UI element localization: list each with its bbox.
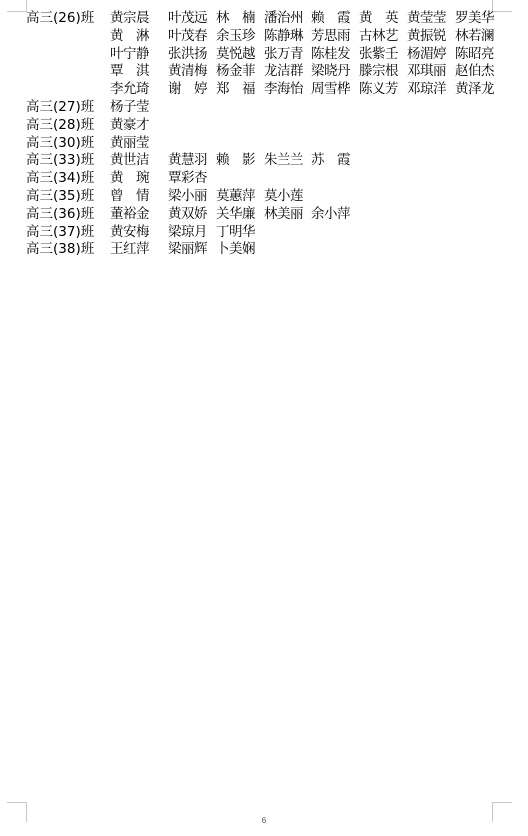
student-name: 董裕金 xyxy=(110,206,149,224)
student-name: 莫悦越 xyxy=(216,46,255,64)
student-name: 张洪扬 xyxy=(168,46,207,64)
student-name: 张紫壬 xyxy=(359,46,398,64)
student-name: 周雪桦 xyxy=(311,81,350,99)
student-name: 赵伯杰 xyxy=(455,63,494,81)
list-row: 覃 淇黄清梅杨金菲龙洁群梁晓丹滕宗根邓琪丽赵伯杰 xyxy=(0,63,528,81)
student-name: 潘治州 xyxy=(264,10,303,28)
student-name: 黄丽莹 xyxy=(110,135,149,153)
class-label: 高三(33)班 xyxy=(26,152,94,170)
class-label: 高三(26)班 xyxy=(26,10,94,28)
student-name: 黄振锐 xyxy=(407,28,446,46)
student-name: 黄泽龙 xyxy=(455,81,494,99)
class-label: 高三(30)班 xyxy=(26,135,94,153)
student-name: 王红萍 xyxy=(110,241,149,259)
list-row: 高三(37)班黄安梅梁琼月丁明华 xyxy=(0,224,528,242)
student-name: 邓琪丽 xyxy=(407,63,446,81)
student-name: 梁丽辉 xyxy=(168,241,207,259)
list-row: 高三(38)班王红萍梁丽辉卜美娴 xyxy=(0,241,528,259)
student-name: 余小萍 xyxy=(311,206,350,224)
list-row: 高三(30)班黄丽莹 xyxy=(0,135,528,153)
student-name: 卜美娴 xyxy=(216,241,255,259)
student-name: 余玉珍 xyxy=(216,28,255,46)
student-name: 林美丽 xyxy=(264,206,303,224)
student-name: 丁明华 xyxy=(216,224,255,242)
student-name: 关华廉 xyxy=(216,206,255,224)
student-name: 梁琼月 xyxy=(168,224,207,242)
student-name: 林若澜 xyxy=(455,28,494,46)
student-name: 莫小莲 xyxy=(264,188,303,206)
student-name: 龙洁群 xyxy=(264,63,303,81)
list-row: 高三(26)班黄宗晨叶茂远林 楠潘治州赖 霞黄 英黄莹莹罗美华 xyxy=(0,10,528,28)
student-name: 郑 福 xyxy=(216,81,255,99)
student-name: 黄豪才 xyxy=(110,117,149,135)
page-number: 6 xyxy=(0,816,528,825)
student-name: 黄双娇 xyxy=(168,206,207,224)
student-name: 张万青 xyxy=(264,46,303,64)
student-name: 赖 霞 xyxy=(311,10,350,28)
class-label: 高三(27)班 xyxy=(26,99,94,117)
student-name: 黄慧羽 xyxy=(168,152,207,170)
student-name: 朱兰兰 xyxy=(264,152,303,170)
student-name: 黄清梅 xyxy=(168,63,207,81)
student-name: 杨子莹 xyxy=(110,99,149,117)
class-label: 高三(38)班 xyxy=(26,241,94,259)
student-name: 陈昭亮 xyxy=(455,46,494,64)
list-row: 高三(33)班黄世洁黄慧羽赖 影朱兰兰苏 霞 xyxy=(0,152,528,170)
student-name: 梁晓丹 xyxy=(311,63,350,81)
class-label: 高三(34)班 xyxy=(26,170,94,188)
student-name: 黄世洁 xyxy=(110,152,149,170)
student-name: 叶茂春 xyxy=(168,28,207,46)
student-name: 黄 英 xyxy=(359,10,398,28)
student-name: 黄宗晨 xyxy=(110,10,149,28)
student-name: 谢 婷 xyxy=(168,81,207,99)
class-label: 高三(37)班 xyxy=(26,224,94,242)
class-label: 高三(35)班 xyxy=(26,188,94,206)
student-name: 古林艺 xyxy=(359,28,398,46)
student-name: 滕宗根 xyxy=(359,63,398,81)
student-name: 莫蕙萍 xyxy=(216,188,255,206)
list-row: 叶宁静张洪扬莫悦越张万青陈桂发张紫壬杨湄婷陈昭亮 xyxy=(0,46,528,64)
student-name: 黄安梅 xyxy=(110,224,149,242)
student-name: 苏 霞 xyxy=(311,152,350,170)
student-name: 覃彩杏 xyxy=(168,170,207,188)
student-name: 罗美华 xyxy=(455,10,494,28)
list-row: 高三(28)班黄豪才 xyxy=(0,117,528,135)
list-row: 高三(34)班黄 琬覃彩杏 xyxy=(0,170,528,188)
student-name: 林 楠 xyxy=(216,10,255,28)
class-label: 高三(28)班 xyxy=(26,117,94,135)
student-name: 陈义芳 xyxy=(359,81,398,99)
student-name: 杨金菲 xyxy=(216,63,255,81)
list-row: 李允琦谢 婷郑 福李海怡周雪桦陈义芳邓琼洋黄泽龙 xyxy=(0,81,528,99)
list-row: 高三(35)班曾 情梁小丽莫蕙萍莫小莲 xyxy=(0,188,528,206)
student-name: 邓琼洋 xyxy=(407,81,446,99)
student-name: 黄 淋 xyxy=(110,28,149,46)
student-name: 陈桂发 xyxy=(311,46,350,64)
student-name: 李海怡 xyxy=(264,81,303,99)
student-name: 杨湄婷 xyxy=(407,46,446,64)
student-name: 黄 琬 xyxy=(110,170,149,188)
student-name: 芳思雨 xyxy=(311,28,350,46)
student-name: 覃 淇 xyxy=(110,63,149,81)
student-name: 赖 影 xyxy=(216,152,255,170)
student-name: 曾 情 xyxy=(110,188,149,206)
student-name: 梁小丽 xyxy=(168,188,207,206)
list-row: 高三(36)班董裕金黄双娇关华廉林美丽余小萍 xyxy=(0,206,528,224)
class-label: 高三(36)班 xyxy=(26,206,94,224)
list-row: 黄 淋叶茂春余玉珍陈静琳芳思雨古林艺黄振锐林若澜 xyxy=(0,28,528,46)
student-name: 陈静琳 xyxy=(264,28,303,46)
student-list: 高三(26)班黄宗晨叶茂远林 楠潘治州赖 霞黄 英黄莹莹罗美华黄 淋叶茂春余玉珍… xyxy=(0,10,528,259)
student-name: 黄莹莹 xyxy=(407,10,446,28)
student-name: 叶茂远 xyxy=(168,10,207,28)
list-row: 高三(27)班杨子莹 xyxy=(0,99,528,117)
student-name: 李允琦 xyxy=(110,81,149,99)
student-name: 叶宁静 xyxy=(110,46,149,64)
